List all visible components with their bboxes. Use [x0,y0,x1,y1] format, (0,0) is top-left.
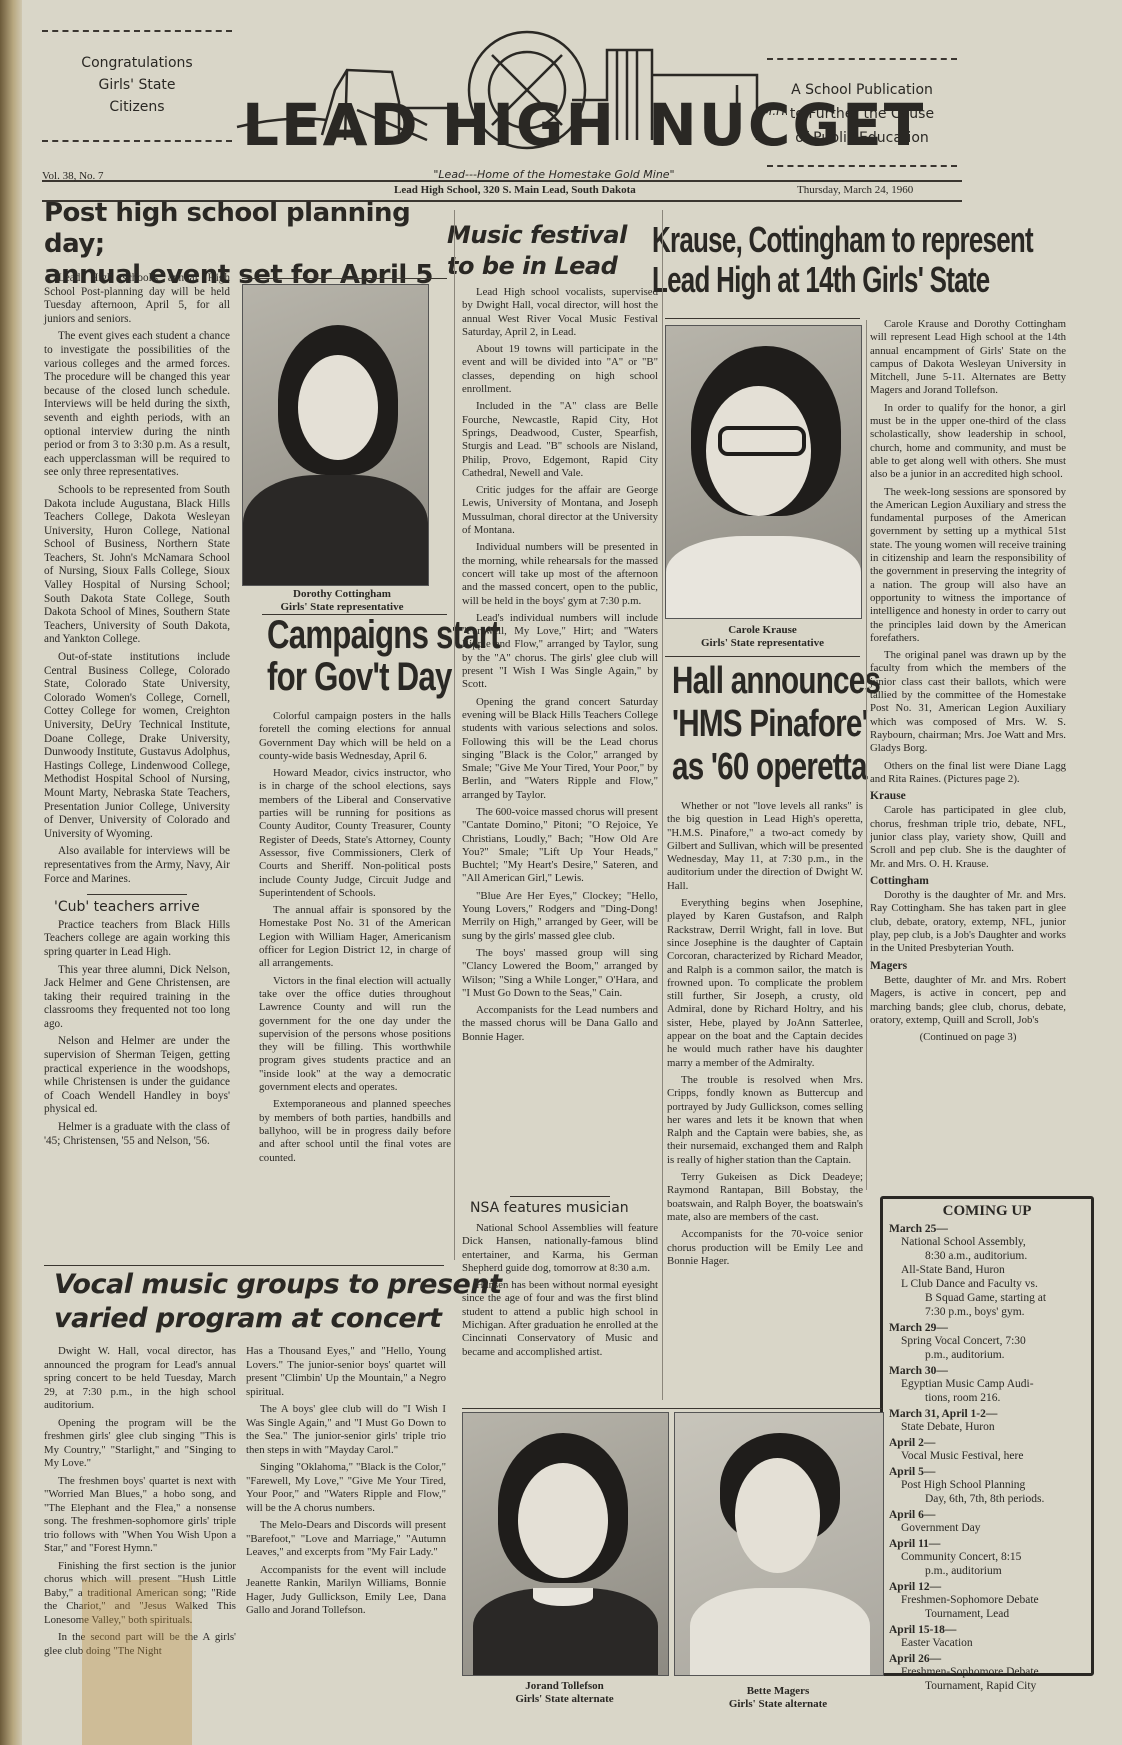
article-girls-state: Carole Krause and Dorothy Cottingham wil… [870,318,1066,1044]
divider [87,894,187,895]
continued-note: (Continued on page 3) [870,1031,1066,1044]
paragraph: Singing "Oklahoma," "Black is the Color,… [246,1461,446,1515]
divider [44,1265,444,1266]
calendar-event-line: Freshmen-Sophomore Debate [901,1594,1039,1606]
caption-role: Girls' State representative [665,637,860,650]
photo-caption: Bette Magers Girls' State alternate [674,1685,882,1711]
paragraph: The original panel was drawn up by the f… [870,649,1066,755]
binding-spine [0,0,22,1745]
calendar-event: Post High School PlanningDay, 6th, 7th, … [889,1478,1085,1506]
calendar-event-line: 7:30 p.m., boys' gym. [901,1305,1085,1319]
photo-caption: Carole Krause Girls' State representativ… [665,624,860,650]
subhead-cottingham: Cottingham [870,875,1066,888]
divider [462,1408,882,1409]
calendar-event-line: L Club Dance and Faculty vs. [901,1278,1038,1290]
headline-line: Lead High at 14th Girls' State [652,260,1033,300]
photo-carole-krause [665,325,862,619]
title-left: LEAD HIGH [242,91,616,159]
paragraph: Extemporaneous and planned speeches by m… [259,1098,451,1164]
calendar-event-line: p.m., auditorium [901,1564,1085,1578]
headline-girls-state: Krause, Cottingham to represent Lead Hig… [652,220,1033,300]
headline-line: Post high school planning day; [44,198,444,260]
headline-line: varied program at concert [54,1302,501,1336]
paragraph: This year three alumni, Dick Nelson, Jac… [44,964,230,1032]
divider [767,165,957,167]
calendar-event-line: Freshmen-Sophomore Debate [901,1666,1039,1678]
paragraph: Dwight W. Hall, vocal director, has anno… [44,1345,236,1413]
paragraph: The annual affair is sponsored by the Ho… [259,904,451,970]
headline-nsa: NSA features musician [470,1200,629,1216]
headline-line: to be in Lead [447,251,627,282]
divider [665,656,860,657]
headline-line: Vocal music groups to present [54,1268,501,1302]
left-box-line: Citizens [42,96,232,118]
calendar-event-line: Spring Vocal Concert, 7:30 [901,1335,1026,1347]
paragraph: The week-long sessions are sponsored by … [870,486,1066,646]
paragraph: Lead High school vocalists, supervised b… [462,286,658,339]
caption-name: Jorand Tollefson [462,1680,667,1693]
photo-caption: Jorand Tollefson Girls' State alternate [462,1680,667,1706]
paragraph: Has a Thousand Eyes," and "Hello, Young … [246,1345,446,1399]
calendar-date: March 25— [889,1223,1085,1235]
coming-up-calendar: COMING UP March 25—National School Assem… [880,1196,1094,1676]
paragraph: Lead High school's annual High School Po… [44,272,230,326]
calendar-event-line: Easter Vacation [901,1637,973,1649]
calendar-event: Egyptian Music Camp Audi-tions, room 216… [889,1377,1085,1405]
calendar-title: COMING UP [889,1203,1085,1220]
masthead-right-box: A School Publication to Further the Caus… [767,78,957,150]
calendar-event: Spring Vocal Concert, 7:30p.m., auditori… [889,1334,1085,1362]
left-box-line: Girls' State [42,74,232,96]
calendar-event-line: Government Day [901,1522,981,1534]
divider [510,1196,610,1197]
paragraph: Helmer is a graduate with the class of '… [44,1121,230,1148]
calendar-event: Freshmen-Sophomore DebateTournament, Lea… [889,1593,1085,1621]
paragraph: Accompanists for the Lead numbers and th… [462,1004,658,1044]
paragraph: Others on the final list were Diane Lagg… [870,760,1066,787]
headline-line: Krause, Cottingham to represent [652,220,1033,260]
photo-jorand-tollefson [462,1412,669,1676]
calendar-date: April 2— [889,1437,1085,1449]
calendar-entries: March 25—National School Assembly,8:30 a… [889,1223,1085,1693]
paragraph: The 600-voice massed chorus will present… [462,806,658,886]
headline-line: Music festival [447,220,627,251]
headline-pinafore: Hall announces 'HMS Pinafore' as '60 ope… [672,660,880,789]
calendar-event-line: State Debate, Huron [901,1421,995,1433]
article-vocal-concert-col2: Has a Thousand Eyes," and "Hello, Young … [246,1345,446,1622]
paragraph: Accompanists for the 70-voice senior cho… [667,1228,863,1268]
column-rule [454,210,455,1260]
calendar-date: March 29— [889,1322,1085,1334]
paragraph: Carole has participated in glee club, ch… [870,804,1066,870]
caption-name: Carole Krause [665,624,860,637]
column-rule [662,210,663,1400]
paragraph: In order to qualify for the honor, a gir… [870,402,1066,482]
paragraph: About 19 towns will participate in the e… [462,343,658,396]
calendar-event-line: 8:30 a.m., auditorium. [901,1249,1085,1263]
article-pinafore: Whether or not "love levels all ranks" i… [667,800,863,1272]
article-music-festival: Lead High school vocalists, supervised b… [462,286,658,1048]
calendar-event-line: Vocal Music Festival, here [901,1450,1023,1462]
caption-role: Girls' State alternate [462,1693,667,1706]
article-campaigns: Colorful campaign posters in the halls f… [259,710,451,1169]
paragraph: The event gives each student a chance to… [44,330,230,480]
paragraph: The trouble is resolved when Mrs. Cripps… [667,1074,863,1167]
calendar-date: April 6— [889,1509,1085,1521]
divider [42,140,232,142]
divider [242,278,447,279]
paragraph: Individual numbers will be presented in … [462,541,658,607]
paragraph: The boys' massed group will sing "Clancy… [462,947,658,1000]
calendar-date: April 5— [889,1466,1085,1478]
paragraph: Bette, daughter of Mr. and Mrs. Robert M… [870,974,1066,1027]
paragraph: Dorothy is the daughter of Mr. and Mrs. … [870,889,1066,955]
calendar-date: March 31, April 1-2— [889,1408,1085,1420]
calendar-event-line: Community Concert, 8:15 [901,1551,1021,1563]
calendar-event-line: Tournament, Rapid City [901,1679,1085,1693]
paragraph: Victors in the final election will actua… [259,975,451,1095]
calendar-event: Easter Vacation [889,1636,1085,1650]
paragraph: Terry Gukeisen as Dick Deadeye; Raymond … [667,1171,863,1224]
calendar-event: National School Assembly,8:30 a.m., audi… [889,1235,1085,1263]
headline-line: 'HMS Pinafore' [672,703,880,746]
paragraph: Accompanists for the event will include … [246,1564,446,1618]
water-stain [82,1580,192,1745]
calendar-event: All-State Band, Huron [889,1263,1085,1277]
right-box-line: of Public Education [767,126,957,150]
calendar-event: Community Concert, 8:15p.m., auditorium [889,1550,1085,1578]
caption-name: Bette Magers [674,1685,882,1698]
paragraph: "Blue Are Her Eyes," Clockey; "Hello, Yo… [462,890,658,943]
paragraph: The A boys' glee club will do "I Wish I … [246,1403,446,1457]
calendar-date: April 11— [889,1538,1085,1550]
paragraph: Lead's individual numbers will include "… [462,612,658,692]
calendar-event: Freshmen-Sophomore DebateTournament, Rap… [889,1665,1085,1693]
calendar-event-line: All-State Band, Huron [901,1264,1005,1276]
newspaper-page: Congratulations Girls' State Citizens M.… [22,0,1122,1745]
headline-line: Hall announces [672,660,880,703]
paragraph: Included in the "A" class are Belle Four… [462,400,658,480]
subhead-magers: Magers [870,960,1066,973]
paragraph: Practice teachers from Black Hills Teach… [44,919,230,960]
headline-cub-teachers: 'Cub' teachers arrive [54,901,230,915]
paragraph: Carole Krause and Dorothy Cottingham wil… [870,318,1066,398]
paragraph: Critic judges for the affair are George … [462,484,658,537]
calendar-event-line: Egyptian Music Camp Audi- [901,1378,1034,1390]
paragraph: Opening the program will be the freshmen… [44,1417,236,1471]
school-address: Lead High School, 320 S. Main Lead, Sout… [394,184,636,196]
calendar-event: State Debate, Huron [889,1420,1085,1434]
divider [665,318,860,319]
calendar-event-line: B Squad Game, starting at [901,1291,1085,1305]
subhead-krause: Krause [870,790,1066,803]
paragraph: Also available for interviews will be re… [44,845,230,886]
paragraph: Whether or not "love levels all ranks" i… [667,800,863,893]
calendar-date: April 15-18— [889,1624,1085,1636]
calendar-date: April 12— [889,1581,1085,1593]
article-post-high: Lead High school's annual High School Po… [44,272,230,1152]
headline-line: as '60 operetta [672,746,880,789]
masthead-left-box: Congratulations Girls' State Citizens [42,52,232,118]
calendar-event-line: Day, 6th, 7th, 8th periods. [901,1492,1085,1506]
paragraph: Everything begins when Josephine, played… [667,897,863,1070]
headline-music-festival: Music festival to be in Lead [447,220,627,282]
paragraph: Out-of-state institutions include Centra… [44,651,230,841]
divider [767,58,957,60]
paragraph: Colorful campaign posters in the halls f… [259,710,451,763]
right-box-line: A School Publication [767,78,957,102]
right-box-line: to Further the Cause [767,102,957,126]
paragraph: Howard Meador, civics instructor, who is… [259,767,451,900]
calendar-event: L Club Dance and Faculty vs.B Squad Game… [889,1277,1085,1319]
caption-role: Girls' State alternate [674,1698,882,1711]
left-box-line: Congratulations [42,52,232,74]
calendar-event: Government Day [889,1521,1085,1535]
calendar-event-line: Post High School Planning [901,1479,1025,1491]
column-rule [866,320,867,1190]
calendar-event-line: National School Assembly, [901,1236,1026,1248]
photo-bette-magers [674,1412,884,1676]
divider [42,30,232,32]
paragraph: Nelson and Helmer are under the supervis… [44,1035,230,1117]
calendar-date: March 30— [889,1365,1085,1377]
issue-date: Thursday, March 24, 1960 [797,184,913,196]
photo-caption: Dorothy Cottingham Girls' State represen… [242,588,442,614]
paragraph: Schools to be represented from South Dak… [44,484,230,647]
masthead-rule [42,180,962,182]
headline-vocal-concert: Vocal music groups to present varied pro… [54,1268,501,1336]
photo-dorothy-cottingham [242,284,429,586]
calendar-date: April 26— [889,1653,1085,1665]
paragraph: The freshmen boys' quartet is next with … [44,1475,236,1556]
calendar-event-line: Tournament, Lead [901,1607,1085,1621]
calendar-event-line: p.m., auditorium. [901,1348,1085,1362]
paragraph: The Melo-Dears and Discords will present… [246,1519,446,1560]
volume-number: Vol. 38, No. 7 [42,170,104,182]
caption-name: Dorothy Cottingham [242,588,442,601]
calendar-event: Vocal Music Festival, here [889,1449,1085,1463]
calendar-event-line: tions, room 216. [901,1391,1085,1405]
paragraph: Opening the grand concert Saturday eveni… [462,696,658,802]
